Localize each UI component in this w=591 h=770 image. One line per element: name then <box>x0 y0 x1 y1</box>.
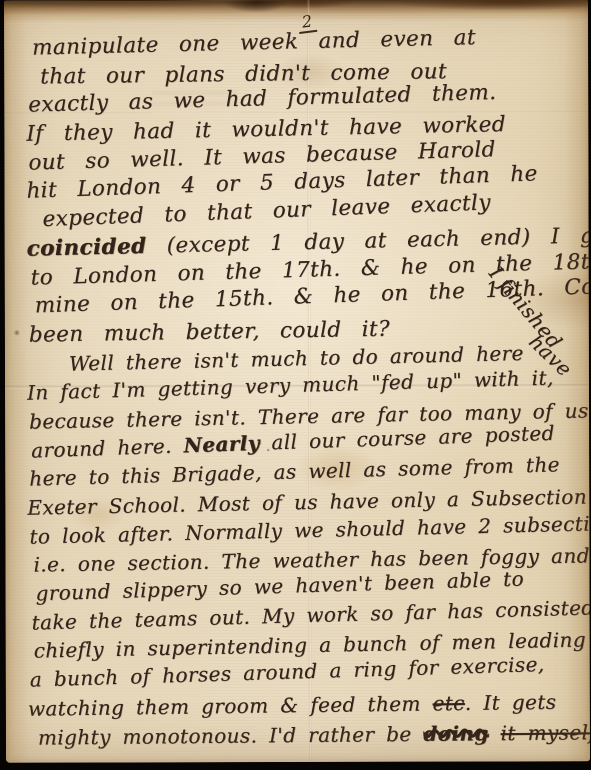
letter-text-bold: coincided <box>26 234 146 262</box>
letter-line: mighty monotonous. I'd rather be doing i… <box>28 718 584 752</box>
burnt-top-edge <box>4 0 588 23</box>
letter-body: manipulate one week and even atthat our … <box>26 33 584 752</box>
letter-text: manipulate one week and even at <box>32 25 476 60</box>
letter-text-strike: etc <box>432 691 465 715</box>
letter-text <box>489 721 501 745</box>
letter-text: mighty monotonous. I'd rather be <box>38 721 424 749</box>
letter-text-strike: it myself <box>500 720 590 745</box>
letter-text: around here. <box>31 433 184 462</box>
letter-line: watching them groom & feed them etc. It … <box>28 687 584 723</box>
letter-scan: 2 manipulate one week and even atthat ou… <box>0 0 591 770</box>
letter-page: 2 manipulate one week and even atthat ou… <box>4 0 590 763</box>
letter-text: watching them groom & feed them <box>28 691 433 720</box>
letter-text-bold: Nearly <box>183 430 260 457</box>
letter-text-strike-heavy: doing <box>423 721 489 746</box>
letter-text: . It gets <box>465 690 557 715</box>
